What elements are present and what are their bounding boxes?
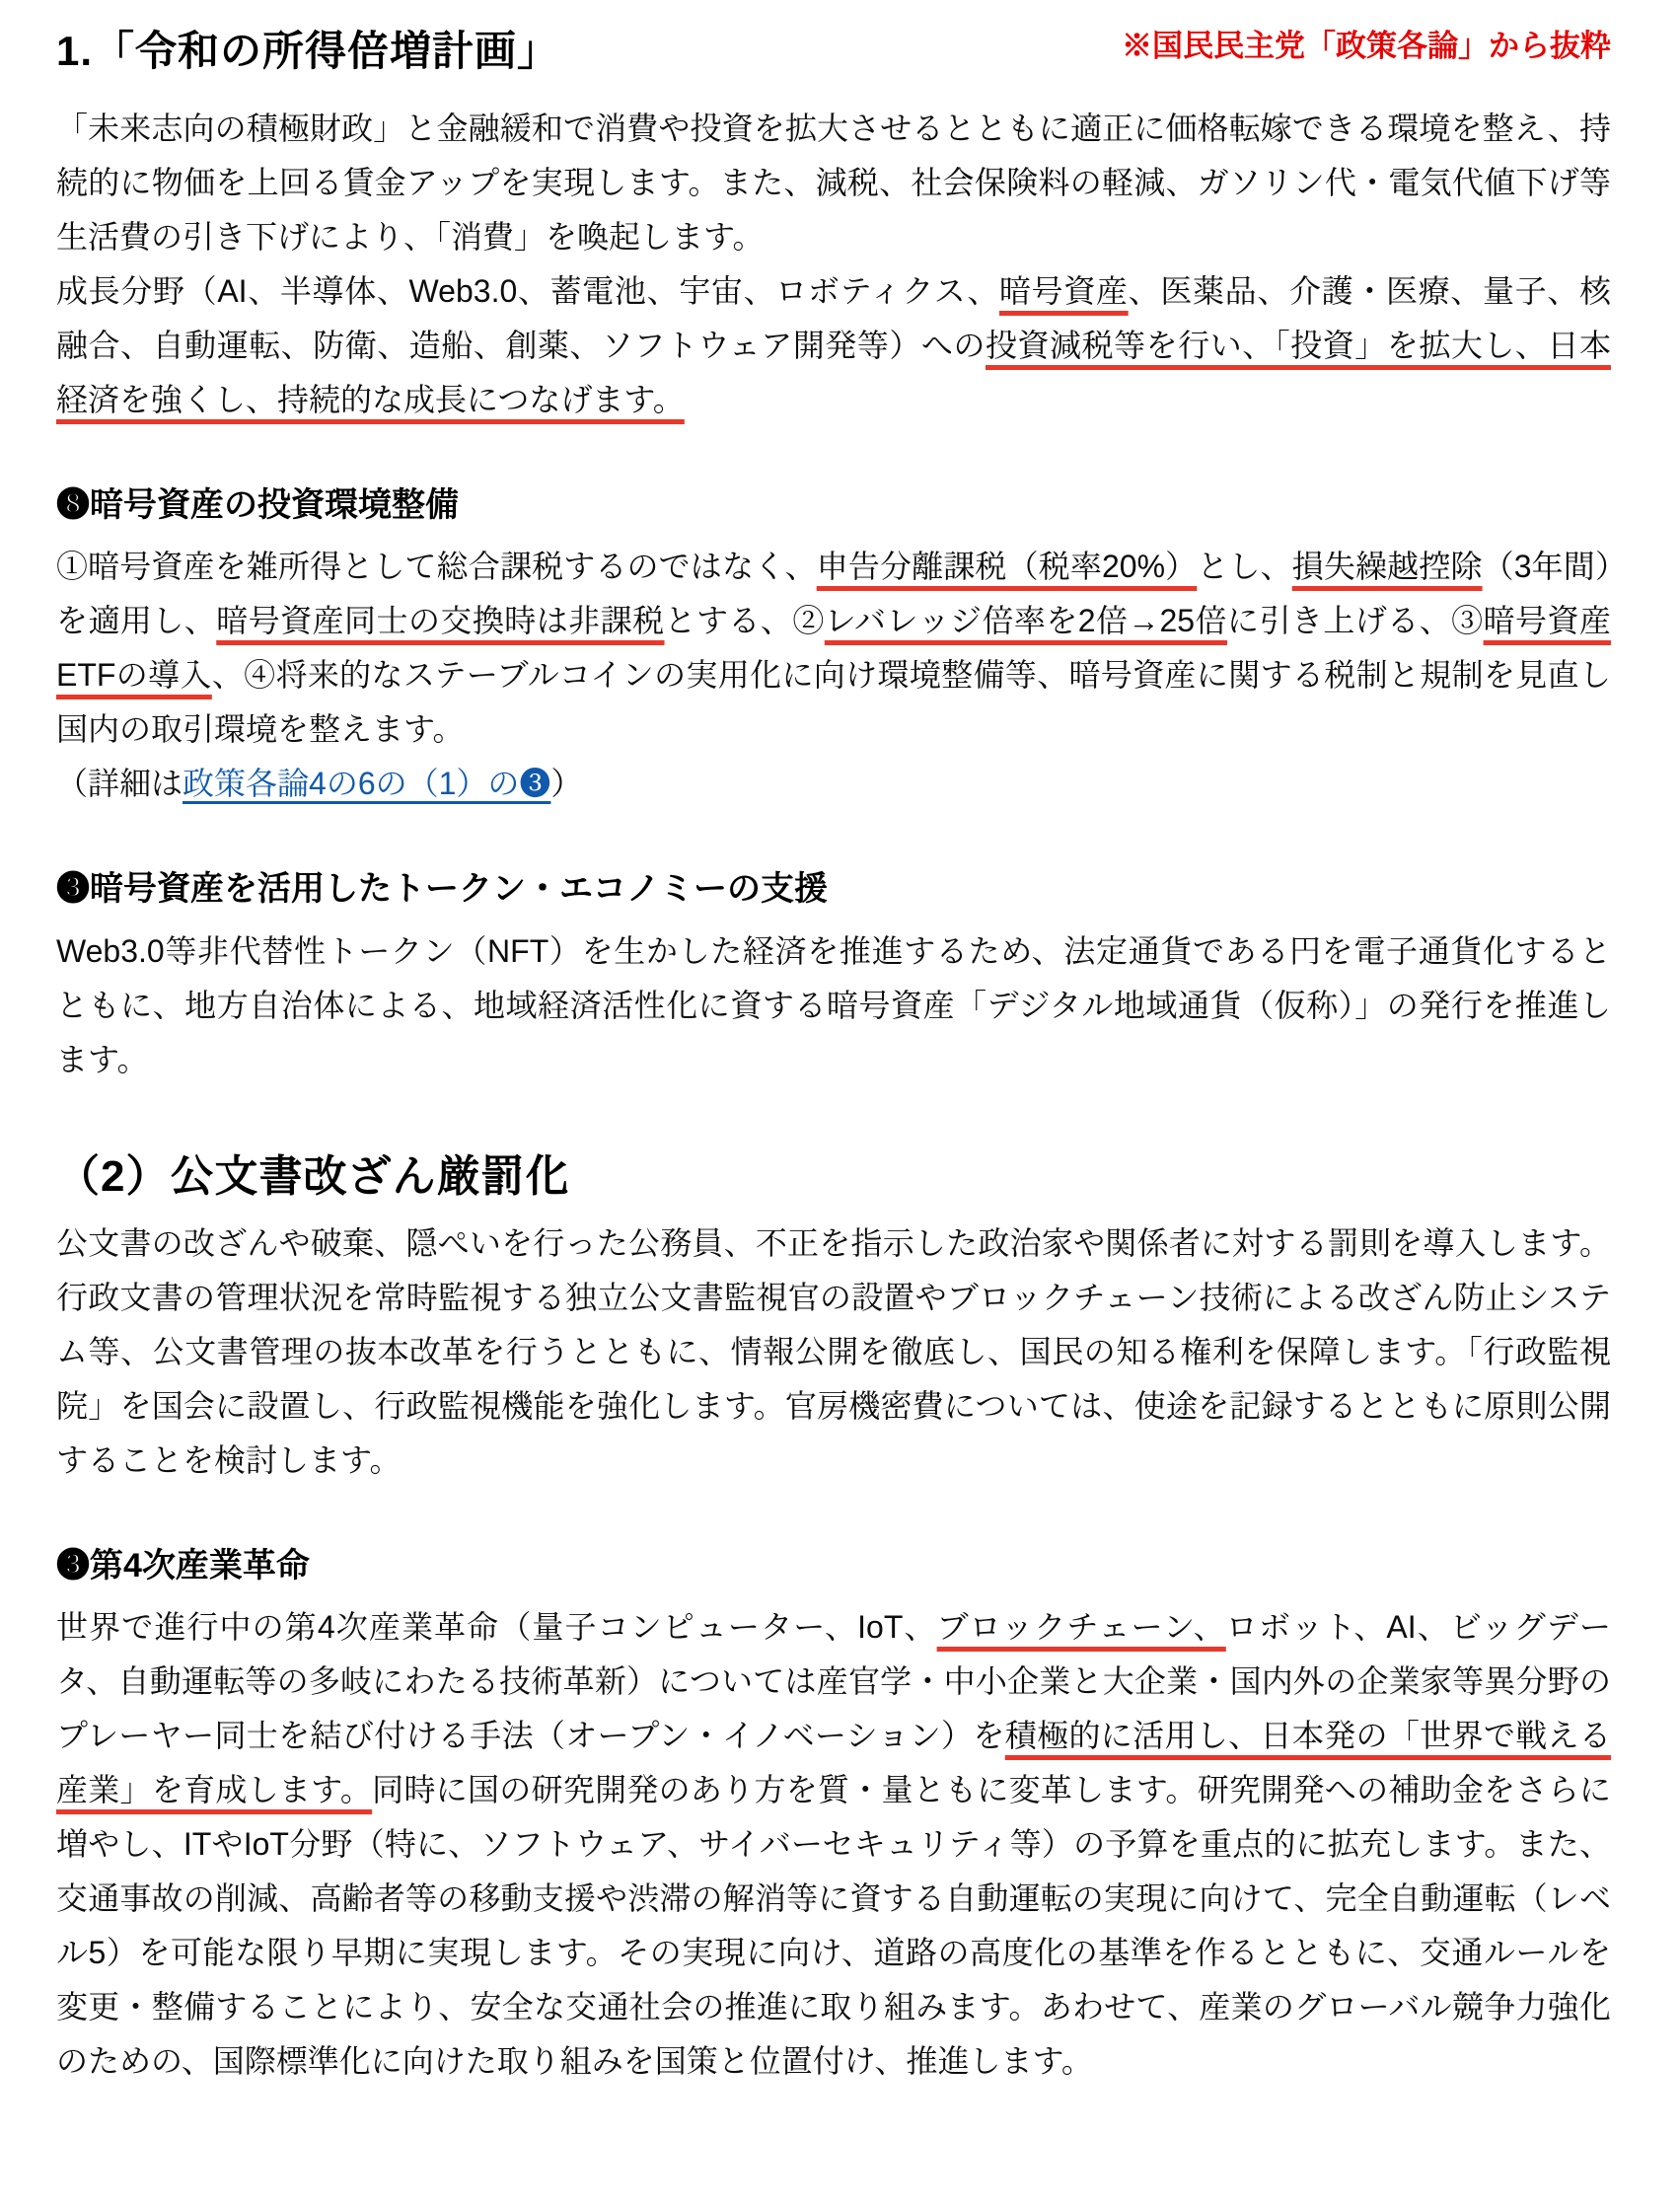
industrial-revolution-paragraph: 世界で進行中の第4次産業革命（量子コンピューター、IoT、ブロックチェーン、ロボ… (56, 1600, 1611, 2089)
text-run: 世界で進行中の第4次産業革命（量子コンピューター、IoT、 (56, 1609, 937, 1645)
red-underlined-text: 損失繰越控除 (1292, 549, 1483, 584)
page-title: 1.「令和の所得倍増計画」 (56, 26, 559, 78)
red-underlined-text: 申告分離課税（税率20%） (817, 549, 1198, 584)
red-underlined-text: 暗号資産同士の交換時は非課税 (216, 603, 664, 638)
document-body: 「未来志向の積極財政」と金融緩和で消費や投資を拡大させるとともに適正に価格転嫁で… (56, 102, 1611, 2090)
text-run: 同時に国の研究開発のあり方を質・量ともに変革します。研究開発への補助金をさらに増… (56, 1772, 1611, 2079)
intro-paragraph: 「未来志向の積極財政」と金融緩和で消費や投資を拡大させるとともに適正に価格転嫁で… (56, 102, 1611, 264)
text-run: 「未来志向の積極財政」と金融緩和で消費や投資を拡大させるとともに適正に価格転嫁で… (56, 110, 1611, 255)
text-run: ①暗号資産を雑所得として総合課税するのではなく、 (56, 549, 817, 584)
text-run: とし、 (1197, 549, 1291, 584)
text-run: Web3.0等非代替性トークン（NFT）を生かした経済を推進するため、法定通貨で… (56, 933, 1611, 1077)
red-underlined-text: ブロックチェーン、 (937, 1609, 1226, 1645)
heading-token-economy: ❸暗号資産を活用したトークン・エコノミーの支援 (56, 868, 1611, 911)
red-underlined-text: 暗号資産 (999, 273, 1129, 309)
text-run: 、④将来的なステーブルコインの実用化に向け環境整備等、暗号資産に関する税制と規制… (56, 657, 1611, 747)
token-economy-paragraph: Web3.0等非代替性トークン（NFT）を生かした経済を推進するため、法定通貨で… (56, 924, 1611, 1087)
text-run: ） (550, 766, 582, 801)
source-annotation: ※国民民主党「政策各論」から抜粋 (1122, 28, 1611, 64)
text-run: に引き上げる、③ (1227, 603, 1484, 638)
heading-4th-industrial-revolution: ❸第4次産業革命 (56, 1545, 1611, 1587)
public-records-paragraph: 公文書の改ざんや破棄、隠ぺいを行った公務員、不正を指示した政治家や関係者に対する… (56, 1216, 1611, 1488)
text-run: 公文書の改ざんや破棄、隠ぺいを行った公務員、不正を指示した政治家や関係者に対する… (56, 1225, 1611, 1478)
document-header: 1.「令和の所得倍増計画」 ※国民民主党「政策各論」から抜粋 (56, 26, 1611, 78)
text-run: 成長分野（AI、半導体、Web3.0、蓄電池、宇宙、ロボティクス、 (56, 273, 999, 309)
text-run: とする、② (665, 603, 825, 638)
heading-public-records-falsification: （2）公文書改ざん厳罰化 (56, 1148, 1611, 1205)
document-page: 1.「令和の所得倍増計画」 ※国民民主党「政策各論」から抜粋 「未来志向の積極財… (0, 0, 1680, 2210)
crypto-tax-paragraph: ①暗号資産を雑所得として総合課税するのではなく、申告分離課税（税率20%）とし、… (56, 540, 1611, 757)
red-underlined-text: レバレッジ倍率を2倍→25倍 (825, 603, 1227, 638)
policy-detail-link[interactable]: 政策各論4の6の（1）の❸ (183, 766, 550, 801)
growth-fields-paragraph: 成長分野（AI、半導体、Web3.0、蓄電池、宇宙、ロボティクス、暗号資産、医薬… (56, 264, 1611, 427)
detail-link-line: （詳細は政策各論4の6の（1）の❸） (56, 757, 1611, 811)
text-run: （詳細は (56, 766, 183, 801)
heading-crypto-investment-environment: ❽暗号資産の投資環境整備 (56, 484, 1611, 527)
